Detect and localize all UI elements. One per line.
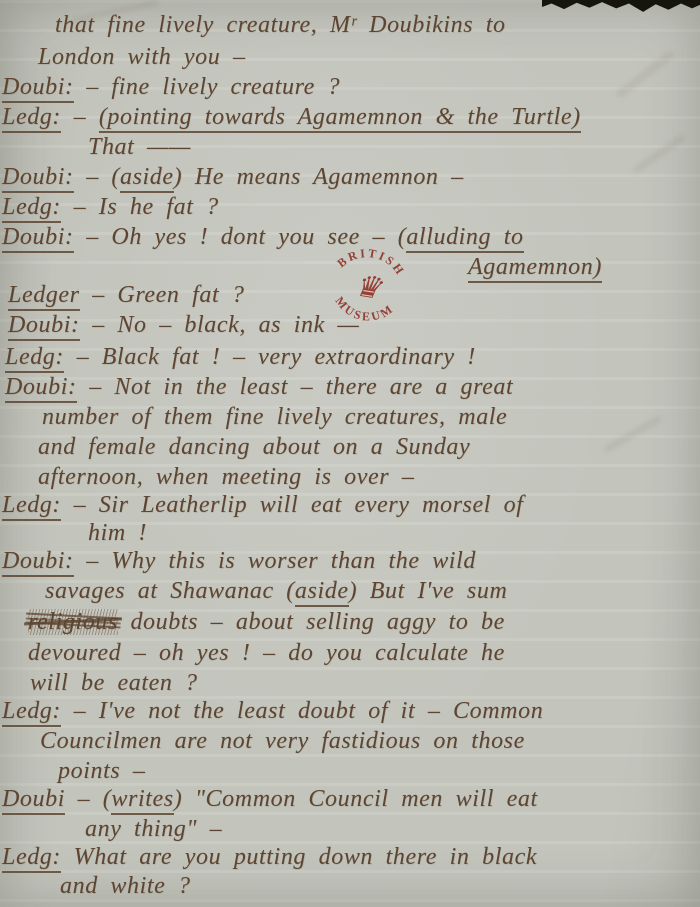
underlined-text: alluding to: [406, 224, 523, 253]
underlined-text: (pointing towards Agamemnon & the Turtle…: [99, 104, 581, 133]
text-segment: – (: [65, 786, 111, 812]
text-segment: – Black fat ! – very extraordinary !: [64, 344, 476, 370]
manuscript-line: Doubi: – (aside) He means Agamemnon –: [2, 162, 464, 192]
underlined-text: Doubi: [2, 786, 65, 815]
manuscript-line: Agamemnon): [468, 252, 602, 282]
manuscript-line: Doubi: – No – black, as ink —: [8, 310, 359, 340]
underlined-text: Doubi:: [5, 374, 77, 403]
text-segment: What are you putting down there in black: [61, 844, 537, 870]
manuscript-line: points –: [58, 756, 145, 786]
underlined-text: Ledg:: [2, 492, 61, 521]
manuscript-line: Ledg: What are you putting down there in…: [2, 842, 537, 872]
text-segment: savages at Shawanac (: [45, 578, 295, 604]
underlined-text: Doubi:: [2, 224, 74, 253]
manuscript-line: Ledg: – Black fat ! – very extraordinary…: [5, 342, 476, 372]
underlined-text: Ledg:: [5, 344, 64, 373]
manuscript-line: him !: [88, 518, 147, 548]
text-segment: that fine lively creature, Mʳ Doubikins …: [55, 12, 506, 38]
underlined-text: aside: [120, 164, 174, 193]
text-segment: ) He means Agamemnon –: [174, 164, 464, 190]
text-segment: devoured – oh yes ! – do you calculate h…: [28, 640, 505, 666]
crown-icon: ♛: [352, 269, 385, 306]
manuscript-line: Ledg: – Sir Leatherlip will eat every mo…: [2, 490, 524, 520]
binding-edge: [542, 0, 700, 14]
manuscript-line: Ledg: – (pointing towards Agamemnon & th…: [2, 102, 581, 132]
text-segment: any thing" –: [85, 816, 222, 842]
text-segment: Councilmen are not very fastidious on th…: [40, 728, 525, 754]
manuscript-line: that fine lively creature, Mʳ Doubikins …: [55, 10, 506, 40]
text-segment: – Is he fat ?: [61, 194, 219, 220]
text-segment: – fine lively creature ?: [74, 74, 340, 100]
manuscript-line: Ledger – Green fat ?: [8, 280, 244, 310]
manuscript-line: number of them fine lively creatures, ma…: [42, 402, 507, 432]
manuscript-line: devoured – oh yes ! – do you calculate h…: [28, 638, 505, 668]
underlined-text: Doubi:: [2, 164, 74, 193]
text-segment: number of them fine lively creatures, ma…: [42, 404, 507, 430]
text-segment: and white ?: [60, 873, 191, 899]
manuscript-line: Doubi – (writes) "Common Council men wil…: [2, 784, 538, 814]
text-segment: doubts – about selling aggy to be: [118, 609, 505, 635]
text-segment: and female dancing about on a Sunday: [38, 434, 470, 460]
crossed-out-word: religious: [28, 609, 118, 635]
underlined-text: Ledg:: [2, 104, 61, 133]
manuscript-line: Councilmen are not very fastidious on th…: [40, 726, 525, 756]
manuscript-line: and female dancing about on a Sunday: [38, 432, 470, 462]
underlined-text: writes: [111, 786, 173, 815]
manuscript-page: that fine lively creature, Mʳ Doubikins …: [0, 0, 700, 907]
text-segment: – I've not the least doubt of it – Commo…: [61, 698, 543, 724]
underlined-text: Doubi:: [8, 312, 80, 341]
text-segment: – Green fat ?: [80, 282, 245, 308]
manuscript-line: Doubi: – Why this is worser than the wil…: [2, 546, 476, 576]
manuscript-line: Doubi: – fine lively creature ?: [2, 72, 340, 102]
underlined-text: Ledger: [8, 282, 80, 311]
british-museum-stamp: BRITISH MUSEUM ♛: [315, 233, 420, 338]
text-segment: points –: [58, 758, 145, 784]
manuscript-line: Ledg: – I've not the least doubt of it –…: [2, 696, 543, 726]
manuscript-line: Doubi: – Oh yes ! dont you see – (alludi…: [2, 222, 524, 252]
text-segment: ) "Common Council men will eat: [174, 786, 538, 812]
manuscript-line: That ——: [88, 132, 191, 162]
text-segment: – Why this is worser than the wild: [74, 548, 476, 574]
manuscript-line: will be eaten ?: [30, 668, 198, 698]
text-segment: London with you –: [38, 44, 246, 70]
underlined-text: Ledg:: [2, 844, 61, 873]
manuscript-line: London with you –: [38, 42, 246, 72]
text-segment: will be eaten ?: [30, 670, 198, 696]
text-segment: ) But I've sum: [349, 578, 508, 604]
text-segment: That ——: [88, 134, 191, 160]
underlined-text: Ledg:: [2, 698, 61, 727]
manuscript-line: Doubi: – Not in the least – there are a …: [5, 372, 513, 402]
text-segment: – (: [74, 164, 120, 190]
ink-showthrough: [602, 414, 663, 454]
manuscript-line: afternoon, when meeting is over –: [38, 462, 414, 492]
manuscript-line: and white ?: [60, 871, 191, 901]
underlined-text: Doubi:: [2, 548, 74, 577]
ink-showthrough: [631, 133, 686, 175]
text-segment: – Not in the least – there are a great: [77, 374, 514, 400]
text-segment: him !: [88, 520, 147, 546]
underlined-text: aside: [295, 578, 349, 607]
manuscript-line: religious doubts – about selling aggy to…: [28, 607, 505, 637]
manuscript-line: savages at Shawanac (aside) But I've sum: [45, 576, 507, 606]
underlined-text: Agamemnon): [468, 254, 602, 283]
text-segment: –: [61, 104, 99, 130]
ink-showthrough: [615, 49, 676, 99]
underlined-text: Doubi:: [2, 74, 74, 103]
underlined-text: Ledg:: [2, 194, 61, 223]
text-segment: afternoon, when meeting is over –: [38, 464, 414, 490]
manuscript-line: Ledg: – Is he fat ?: [2, 192, 219, 222]
manuscript-line: any thing" –: [85, 814, 222, 844]
text-segment: – Sir Leatherlip will eat every morsel o…: [61, 492, 524, 518]
